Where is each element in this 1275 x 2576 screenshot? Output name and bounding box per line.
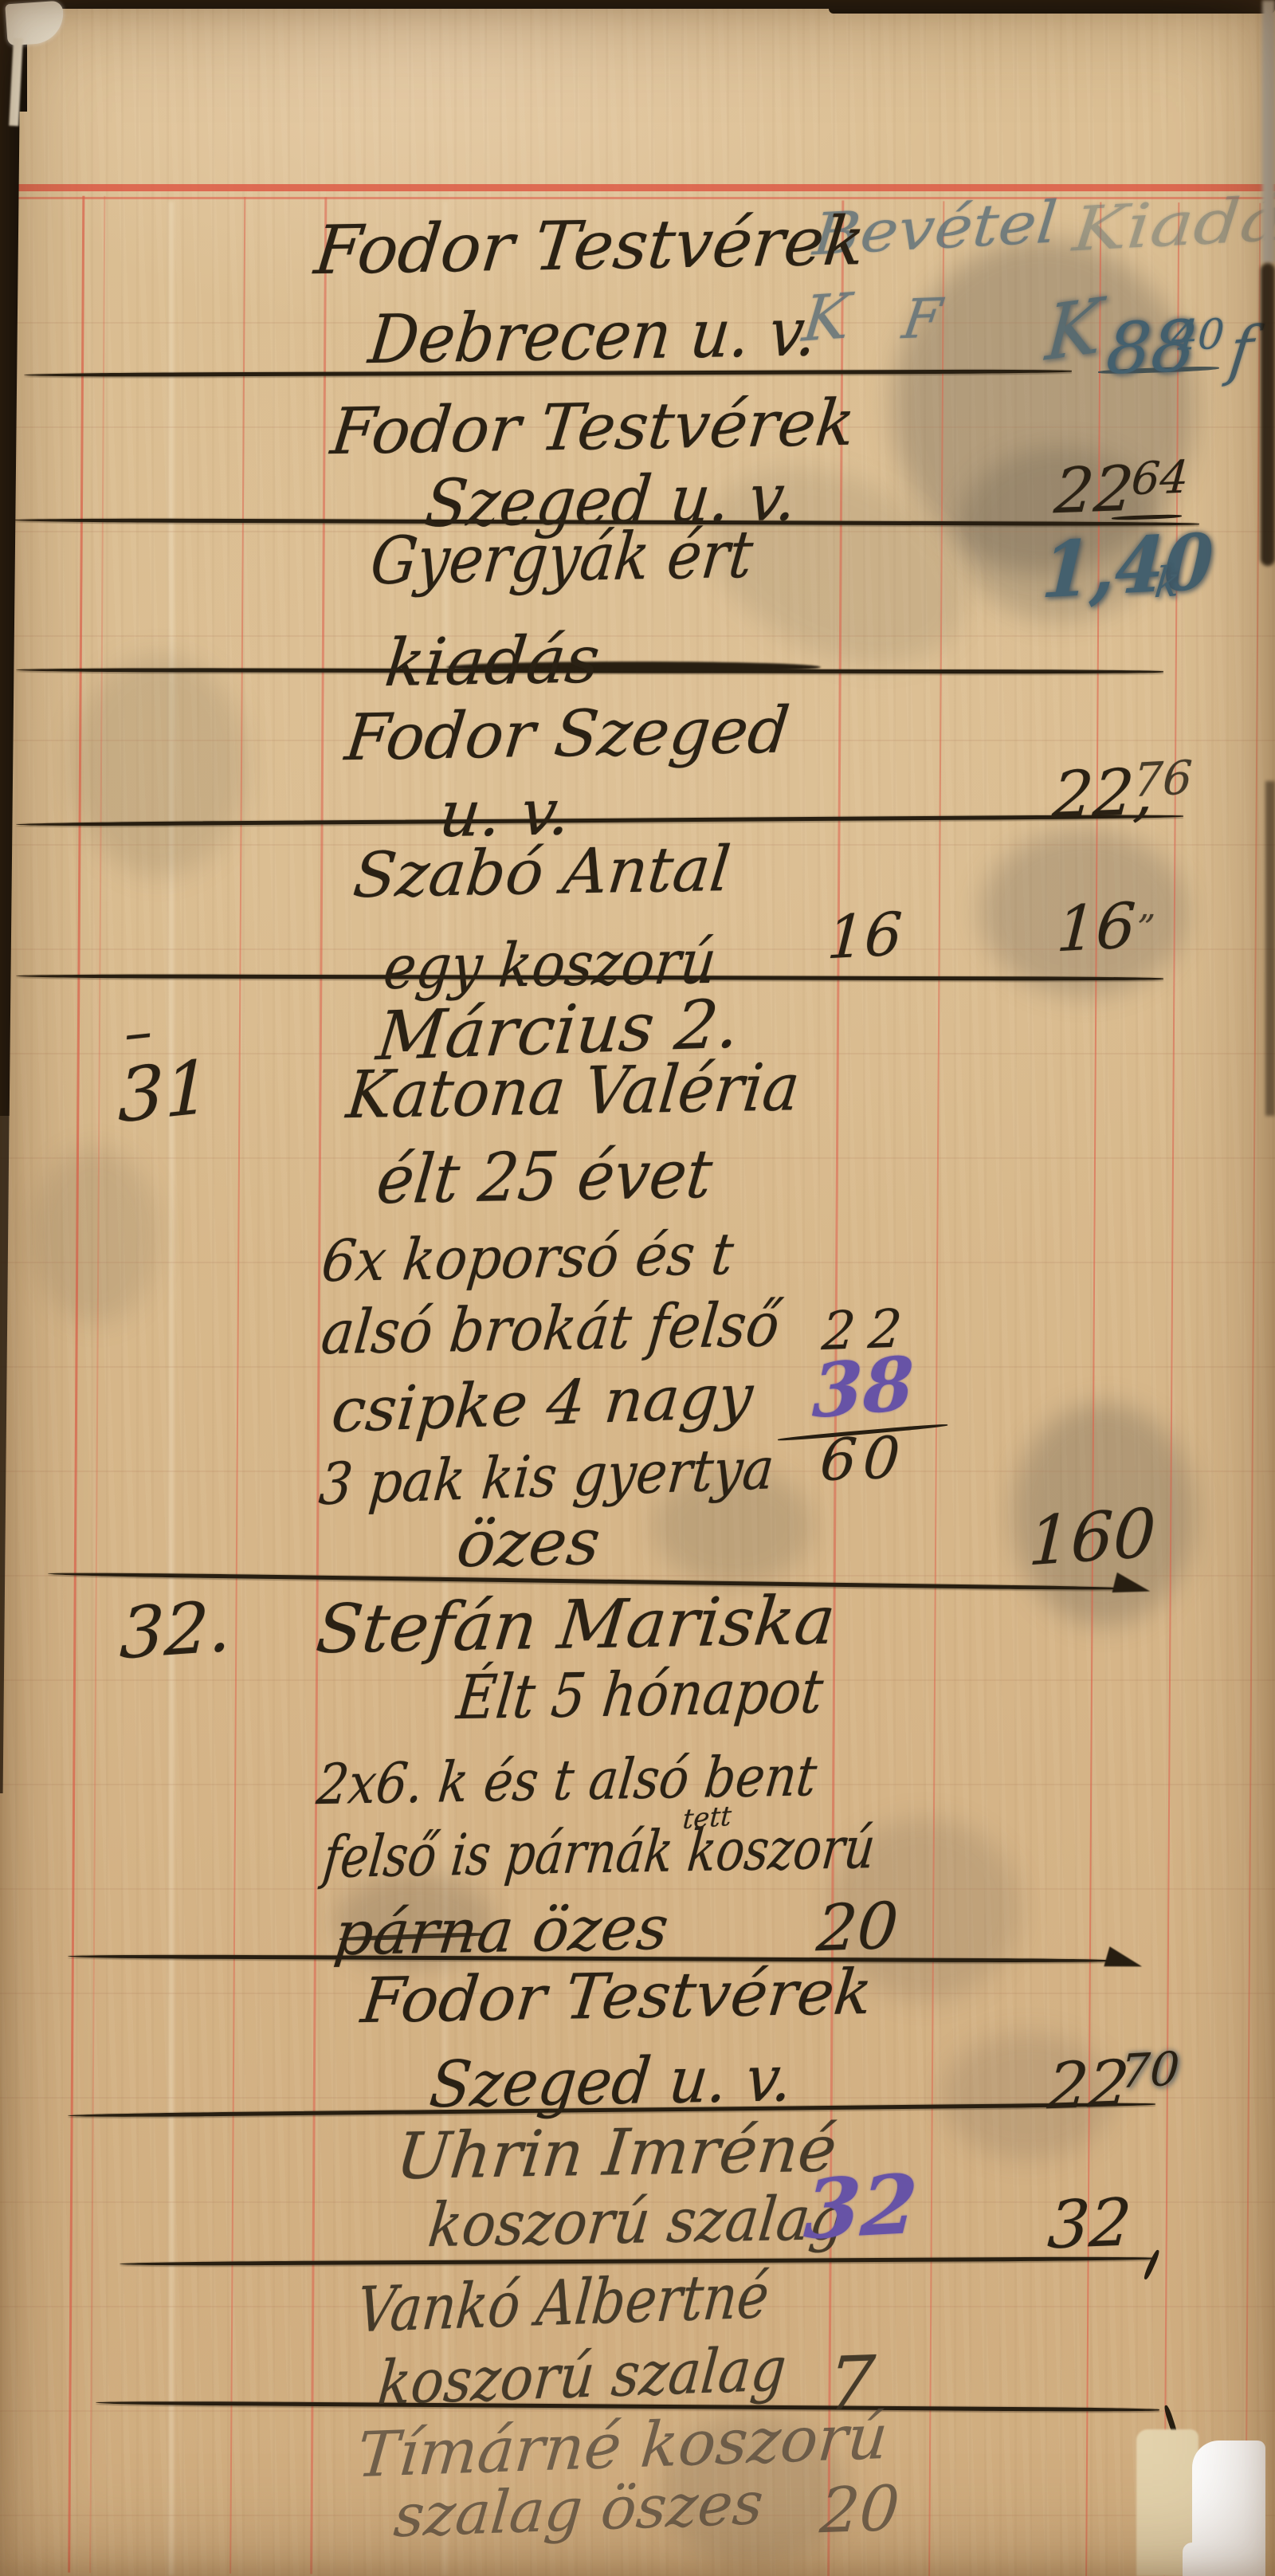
column-header-kiadas: Kiadás [1070, 187, 1275, 261]
amount-bevetel-korona: 16 [826, 905, 904, 968]
entry-line: csipke 4 nagy [329, 1366, 755, 1442]
scan-edge-right-streak [1265, 781, 1275, 1116]
entry-line: özes [454, 1510, 603, 1577]
entry-line: Élt 5 hónapot [454, 1661, 826, 1728]
amount-bevetel-korona: 20 [818, 2478, 902, 2543]
entry-line: 6x koporsó és t [319, 1225, 736, 1290]
amount-kiadas-korona: 16 [1055, 895, 1137, 962]
entry-line: Szeged u. v. [427, 2047, 795, 2117]
entry-line: Gyergyák ért [367, 523, 755, 595]
red-rule-vertical [1245, 203, 1261, 2576]
entry-line: Vankó Albertné [355, 2265, 771, 2342]
entry-line: élt 25 évet [374, 1141, 715, 1213]
amount-kiadas-filler: 76 [1132, 754, 1194, 803]
red-rule-vertical [310, 198, 327, 2574]
entry-line: koszorú szalag [426, 2188, 849, 2256]
entry-line: Stefán Mariska [313, 1587, 838, 1663]
entry-line: kiadás [382, 627, 602, 697]
entry-line: 3 pak kis gyertya [317, 1439, 777, 1513]
amount-unit: k [1152, 561, 1182, 605]
amount-kiadas-filler: 40 [1170, 314, 1226, 357]
entry-line: 2x6. k és t alsó bent [315, 1748, 819, 1812]
scan-edge-right-grey [1262, 0, 1275, 263]
column-header-currency-f: F [899, 292, 944, 348]
amount-kiadas-korona: 22 [1045, 2052, 1131, 2119]
amount-flourish: K [1043, 289, 1104, 373]
scan-edge-top-right [829, 0, 1275, 14]
amount-kiadas-korona: 22 [1053, 458, 1136, 524]
tick-mark: „ [1138, 889, 1156, 925]
amount-item-purple: 38 [811, 1346, 914, 1429]
entry-line: koszorú szalag [375, 2338, 788, 2413]
entry-line: Fodor Testvérek [359, 1961, 875, 2032]
amount-kiadas-korona: 1,40 [1040, 524, 1215, 610]
red-rule-vertical [928, 201, 944, 2576]
red-rule-vertical [68, 196, 84, 2573]
entry-line: Uhrin Imréné [394, 2117, 840, 2189]
scan-edge-right-black [1261, 263, 1275, 566]
entry-line: Debrecen u. v. [366, 298, 820, 373]
amount-bevetel-purple: 32 [802, 2164, 920, 2252]
entry-line: Szabó Antal [351, 838, 733, 907]
amount-item-sum: 60 [818, 1428, 908, 1489]
entry-line: szalag öszes [392, 2474, 766, 2546]
amount-kiadas-filler: 70 [1120, 2045, 1181, 2095]
red-rule-vertical [89, 196, 105, 2573]
amount-kiadas-korona: 160 [1027, 1499, 1157, 1576]
torn-corner-white-notch [1183, 2543, 1206, 2576]
entry-number: 32. [119, 1591, 233, 1669]
entry-line: Fodor Testvérek [328, 391, 858, 465]
entry-line: felső is párnák koszorú [320, 1819, 877, 1886]
entry-line: alsó brokát felső [319, 1294, 783, 1363]
entry-number: 31 [118, 1050, 210, 1134]
ledger-page: Bevétel Kiadás K F Fodor Testvérek Debre… [0, 0, 1275, 2576]
entry-line: Katona Valéria [343, 1055, 802, 1129]
amount-bevetel-korona: 20 [814, 1894, 900, 1961]
inserted-word: tett [682, 1803, 732, 1834]
entry-line: Fodor Testvérek [312, 207, 868, 284]
red-rule-vertical [229, 197, 245, 2574]
entry-line: párna özes [331, 1898, 671, 1964]
amount-kiadas-korona: 32 [1045, 2190, 1133, 2259]
entry-line: Fodor Szeged [343, 698, 793, 770]
amount-kiadas-filler: 64 [1130, 456, 1190, 503]
